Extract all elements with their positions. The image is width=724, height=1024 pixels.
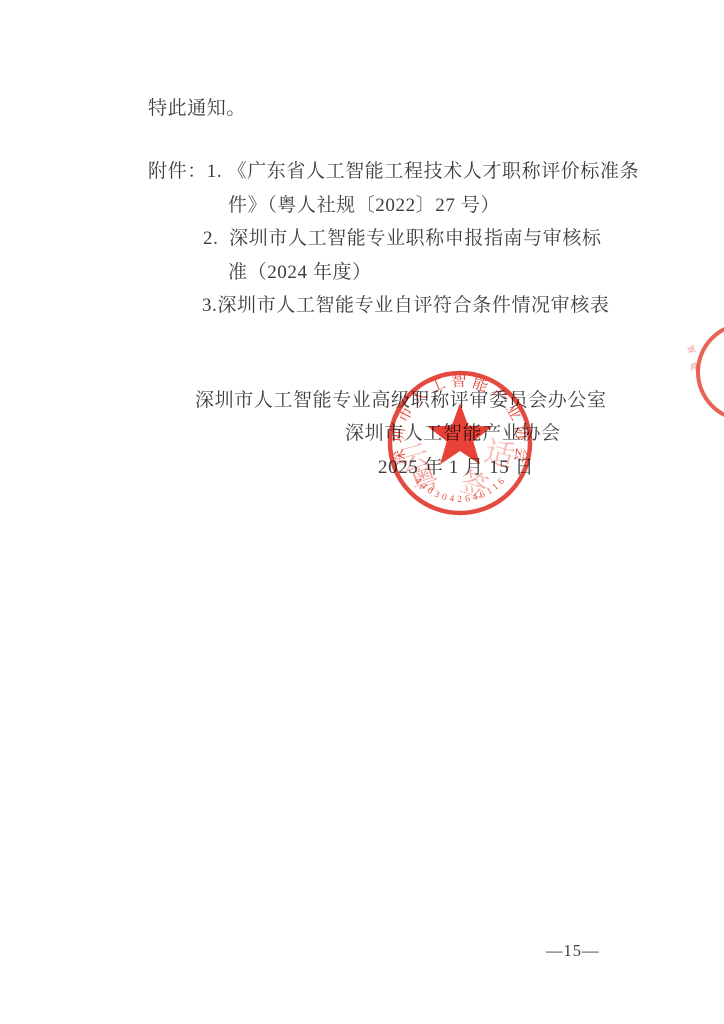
attachment-line: 附件：1. 《广东省人工智能工程技术人才职称评价标准条	[148, 160, 639, 184]
official-seal: 云 适 粤 签 深圳市人工智能产业协会 4403042646116	[386, 369, 534, 517]
seal-star-icon	[428, 403, 493, 465]
attachment-line: 2. 深圳市人工智能专业职称申报指南与审核标	[203, 227, 602, 251]
edge-seal-fragment: 智	[684, 344, 697, 356]
edge-seal-arc	[696, 322, 724, 422]
attachment-line: 件》（粤人社规〔2022〕27 号）	[228, 194, 500, 218]
document-page: 特此通知。 附件：1. 《广东省人工智能工程技术人才职称评价标准条 件》（粤人社…	[0, 0, 724, 1024]
attachment-line: 准（2024 年度）	[228, 261, 372, 285]
page-number: —15—	[546, 941, 600, 961]
attachment-line: 3.深圳市人工智能专业自评符合条件情况审核表	[202, 294, 609, 318]
notice-closing: 特此通知。	[148, 97, 246, 121]
